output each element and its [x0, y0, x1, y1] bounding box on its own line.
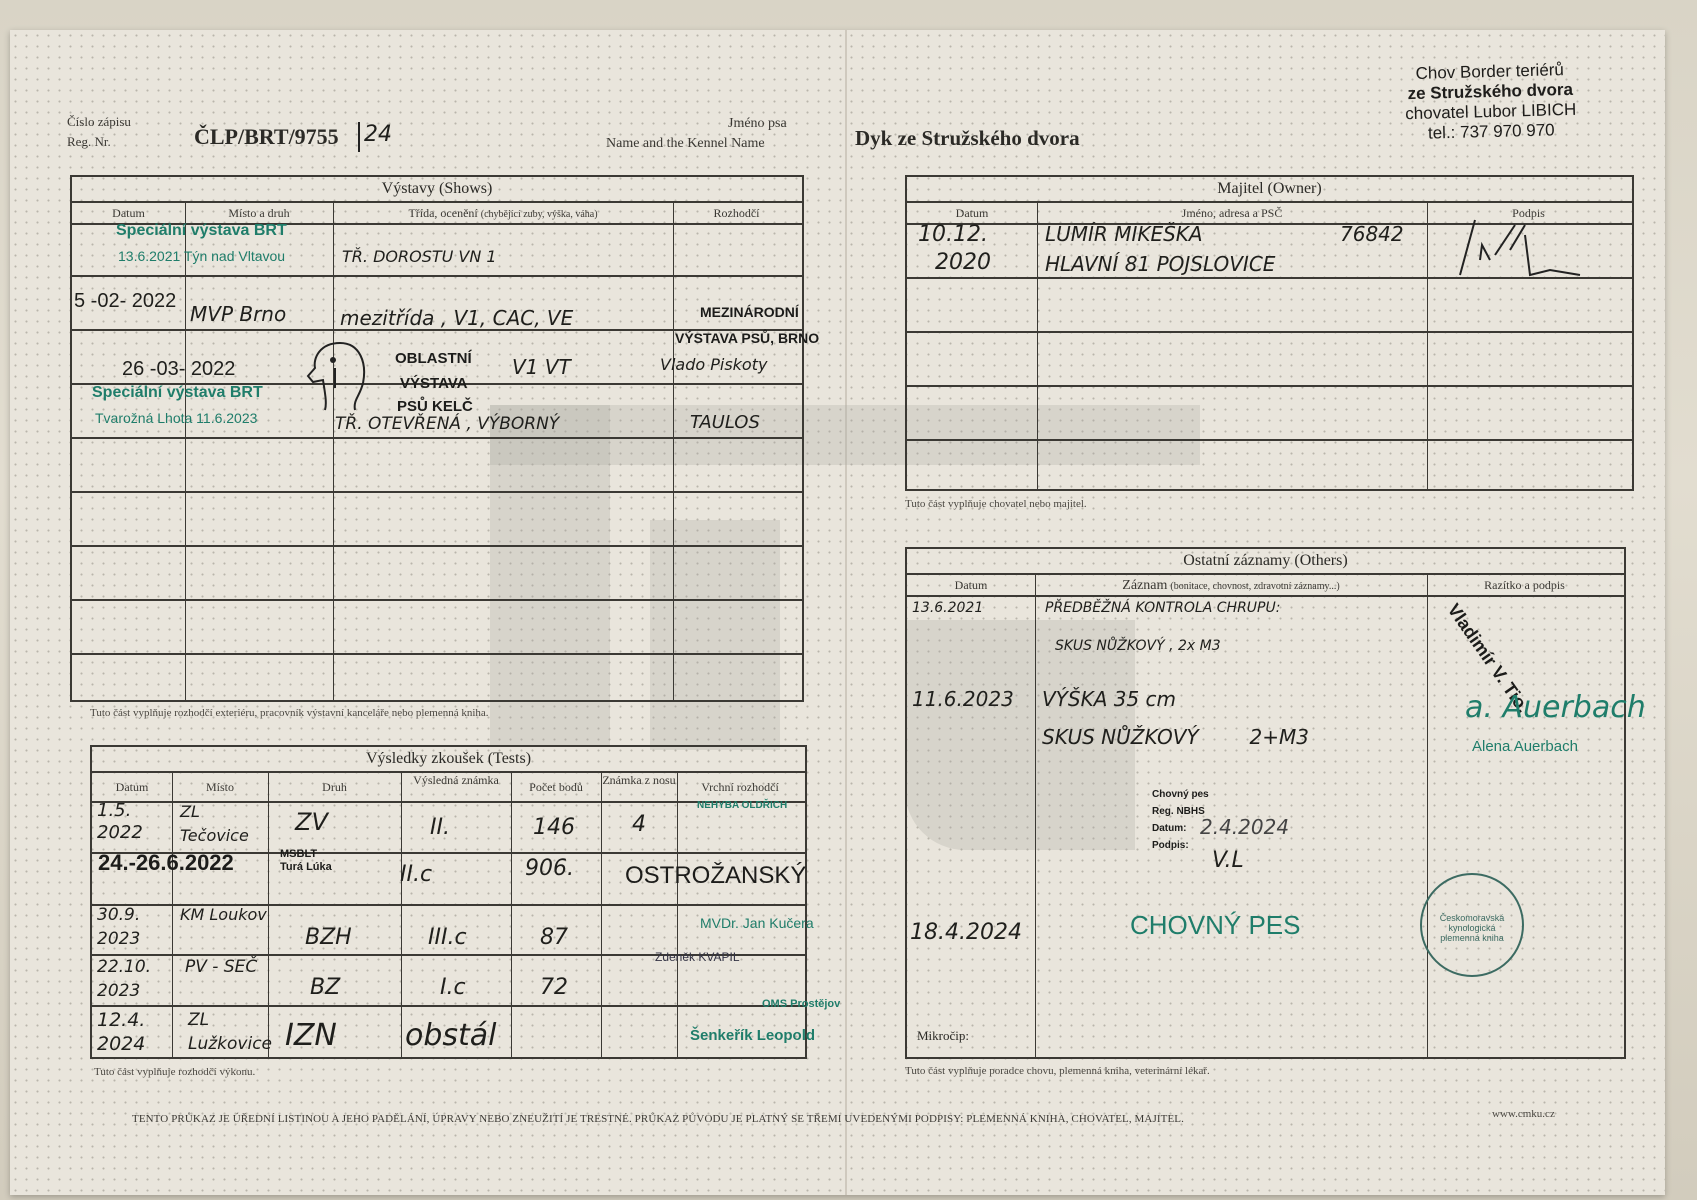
shows-title: Výstavy (Shows): [72, 177, 802, 203]
chovny-stamp-l1: Chovný pes: [1152, 786, 1209, 803]
test3-judge-stamp: MVDr. Jan Kučera: [700, 915, 814, 931]
test5-grade: obstál: [405, 1018, 497, 1053]
owner-title: Majitel (Owner): [907, 177, 1632, 203]
test4-type: BZ: [310, 975, 340, 1000]
name-label-cz: Jméno psa: [728, 116, 787, 132]
col-rozhodci: Rozhodčí: [673, 203, 800, 223]
test1-points: 146: [533, 815, 575, 840]
show4-stamp-title: Speciální výstava BRT: [92, 384, 263, 402]
test4-place: PV - SEČ: [185, 955, 265, 979]
col-vrchni: Vrchní rozhodčí: [677, 773, 803, 801]
show4-stamp-place: Tvarožná Lhota 11.6.2023: [95, 410, 257, 426]
oms-stamp: OMS Prostějov: [762, 998, 840, 1010]
tests-header-row: Datum Místo Druh Výsledná známka Počet b…: [92, 773, 805, 803]
test4-date: 22.10. 2023: [97, 955, 167, 1003]
round-stamp-icon: Českomoravská kynologická plemenná kniha: [1420, 873, 1524, 977]
divider: [1035, 575, 1036, 1057]
show2-stamp-line2: VÝSTAVA PSŮ, BRNO: [675, 330, 819, 346]
others-r1-text2: SKUS NŮŽKOVÝ , 2x M3: [1055, 638, 1221, 654]
test5-judge-stamp: Šenkeřík Leopold: [690, 1027, 815, 1044]
col-trida-sub: (chybějící zuby, výška, váha): [481, 209, 598, 220]
others-r3-sign: V.L: [1212, 848, 1244, 873]
show1-stamp-place: 13.6.2021 Týn nad Vltavou: [118, 248, 285, 264]
show3-judge: Vlado Piskoty: [660, 355, 767, 374]
row-line: [72, 437, 802, 439]
shows-footnote: Tuto část vyplňuje rozhodčí exteriéru, p…: [90, 707, 489, 719]
owner-footnote: Tuto část vyplňuje chovatel nebo majitel…: [905, 498, 1087, 510]
name-label-en: Name and the Kennel Name: [606, 136, 765, 152]
col-datum: Datum: [907, 575, 1036, 595]
col-druh: Druh: [268, 773, 402, 801]
show3-stamp-line1: OBLASTNÍ: [395, 350, 472, 367]
test1-place: ZL Tečovice: [180, 800, 270, 848]
test5-date: 12.4. 2024: [97, 1008, 167, 1056]
others-r2-text2: SKUS NŮŽKOVÝ 2+M3: [1042, 725, 1309, 749]
divider: [401, 773, 402, 1057]
owner-date-line1: 10.12.: [918, 222, 988, 247]
owner-psc: 76842: [1340, 222, 1404, 246]
row-line: [72, 491, 802, 493]
row-line: [72, 599, 802, 601]
row-line: [72, 653, 802, 655]
col-nos: Známka z nosu: [601, 773, 678, 801]
others-r3-date: 2.4.2024: [1200, 815, 1289, 839]
owner-signature-icon: [1440, 215, 1590, 285]
test2-grade: II.c: [400, 862, 432, 887]
dog-head-stamp-icon: [305, 338, 375, 413]
reg-number: ČLP/BRT/9755: [194, 124, 339, 150]
divider: [677, 773, 678, 1057]
show1-stamp-title: Speciální výstava BRT: [116, 222, 287, 240]
test3-grade: III.c: [428, 925, 467, 950]
legal-notice: TENTO PRŮKAZ JE ÚŘEDNÍ LISTINOU A JEHO P…: [132, 1113, 1184, 1125]
col-jmeno: Jméno, adresa a PSČ: [1037, 203, 1428, 223]
website-link[interactable]: www.cmku.cz: [1492, 1108, 1555, 1120]
col-datum: Datum: [72, 203, 186, 223]
others-table: Ostatní záznamy (Others) Datum Záznam (b…: [905, 547, 1626, 1059]
dog-name: Dyk ze Stružského dvora: [855, 126, 1080, 151]
col-trida-label: Třída, ocenění: [408, 206, 477, 220]
row-line: [907, 385, 1632, 387]
test2-place: MSBLT Turá Lúka: [280, 848, 340, 874]
test5-type: IZN: [285, 1018, 337, 1053]
test2-date: 24.-26.6.2022: [98, 850, 234, 876]
others-r4-text: CHOVNÝ PES: [1130, 910, 1301, 941]
test1-type: ZV: [295, 808, 328, 836]
test2-points: 906.: [525, 856, 574, 881]
others-title: Ostatní záznamy (Others): [907, 549, 1624, 575]
show3-class: V1 VT: [512, 355, 571, 379]
others-r1-text1: PŘEDBĚŽNÁ KONTROLA CHRUPU:: [1045, 600, 1280, 616]
test5-place: ZL Lužkovice: [188, 1008, 273, 1056]
col-body: Počet bodů: [511, 773, 602, 801]
page-fold: [845, 30, 847, 1195]
others-footnote: Tuto část vyplňuje poradce chovu, plemen…: [905, 1065, 1210, 1077]
others-r2-stamp: Alena Auerbach: [1472, 738, 1578, 755]
col-zaznam-label: Záznam: [1122, 578, 1167, 593]
divider: [1427, 203, 1428, 489]
round-stamp-text: Českomoravská kynologická plemenná kniha: [1432, 913, 1512, 943]
test1-judge-stamp: NEHYBA OLDŘICH: [697, 800, 787, 811]
show3-stamp-line3: PSŮ KELČ: [397, 398, 473, 415]
others-r4-date: 18.4.2024: [910, 920, 1022, 945]
show3-stamp-line2: VÝSTAVA: [400, 375, 468, 392]
others-r1-date: 13.6.2021: [912, 600, 983, 616]
divider: [601, 773, 602, 1057]
show1-class: TŘ. DOROSTU VN 1: [342, 247, 497, 266]
chovny-stamp-l4: Podpis:: [1152, 837, 1209, 854]
owner-name: LUMÍR MIKEŠKA: [1045, 222, 1203, 246]
col-trida: Třída, ocenění (chybějící zuby, výška, v…: [333, 203, 674, 223]
reg-label-en: Reg. Nr.: [67, 134, 111, 150]
row-line: [907, 331, 1632, 333]
divider: [185, 203, 186, 700]
col-razitko: Razítko a podpis: [1427, 575, 1622, 595]
test1-date: 1.5. 2022: [97, 800, 167, 844]
row-line: [72, 275, 802, 277]
divider: [673, 203, 674, 700]
col-vysledna: Výsledná známka: [401, 773, 512, 801]
test4-points: 72: [540, 975, 568, 1000]
kennel-stamp: Chov Border teriérů ze Stružského dvora …: [1404, 60, 1577, 144]
test3-type: BZH: [305, 925, 352, 950]
show4-class: TŘ. OTEVŘENÁ , VÝBORNÝ: [335, 414, 559, 434]
col-misto: Místo: [172, 773, 269, 801]
show4-judge: TAULOS: [690, 412, 760, 433]
divider: [511, 773, 512, 1057]
col-misto: Místo a druh: [185, 203, 334, 223]
owner-date-line2: 2020: [935, 250, 991, 275]
col-zaznam-sub: (bonitace, chovnost, zdravotní záznamy..…: [1170, 581, 1339, 592]
show2-place: MVP Brno: [190, 302, 286, 326]
col-zaznam: Záznam (bonitace, chovnost, zdravotní zá…: [1035, 575, 1428, 595]
test4-grade: I.c: [440, 975, 466, 1000]
divider: [1037, 203, 1038, 489]
divider: [333, 203, 334, 700]
divider: [1427, 575, 1428, 1057]
tests-footnote: Tuto část vyplňuje rozhodčí výkonu.: [94, 1066, 255, 1078]
owner-address: HLAVNÍ 81 POJSLOVICE: [1045, 252, 1275, 276]
test1-grade: II.: [430, 815, 450, 840]
tests-title: Výsledky zkoušek (Tests): [92, 747, 805, 773]
show2-stamp-line1: MEZINÁRODNÍ: [700, 304, 799, 320]
row-line: [72, 545, 802, 547]
reg-suffix: 24: [358, 122, 392, 152]
others-header-row: Datum Záznam (bonitace, chovnost, zdravo…: [907, 575, 1624, 597]
others-r2-text1: VÝŠKA 35 cm: [1042, 687, 1176, 711]
col-datum: Datum: [92, 773, 173, 801]
test4-judge-stamp: Zdeněk KVAPIL: [655, 950, 740, 964]
test3-place: KM Loukov: [180, 903, 270, 927]
row-line: [92, 1005, 805, 1007]
test3-points: 87: [540, 925, 568, 950]
test2-judge-stamp: OSTROŽANSKÝ: [625, 862, 806, 890]
others-r2-date: 11.6.2023: [912, 687, 1014, 711]
others-r2-signature: a. Auerbach: [1465, 690, 1646, 725]
col-datum: Datum: [907, 203, 1038, 223]
reg-label-cz: Číslo zápisu: [67, 114, 131, 130]
test3-date: 30.9. 2023: [97, 903, 167, 951]
show2-date: 5 -02- 2022: [74, 290, 176, 313]
show2-class: mezitřída , V1, CAC, VE: [340, 306, 573, 330]
test1-nose: 4: [632, 812, 646, 837]
show3-date: 26 -03- 2022: [122, 358, 235, 381]
row-line: [907, 439, 1632, 441]
microchip-label: Mikročip:: [917, 1028, 969, 1044]
divider: [172, 773, 173, 1057]
